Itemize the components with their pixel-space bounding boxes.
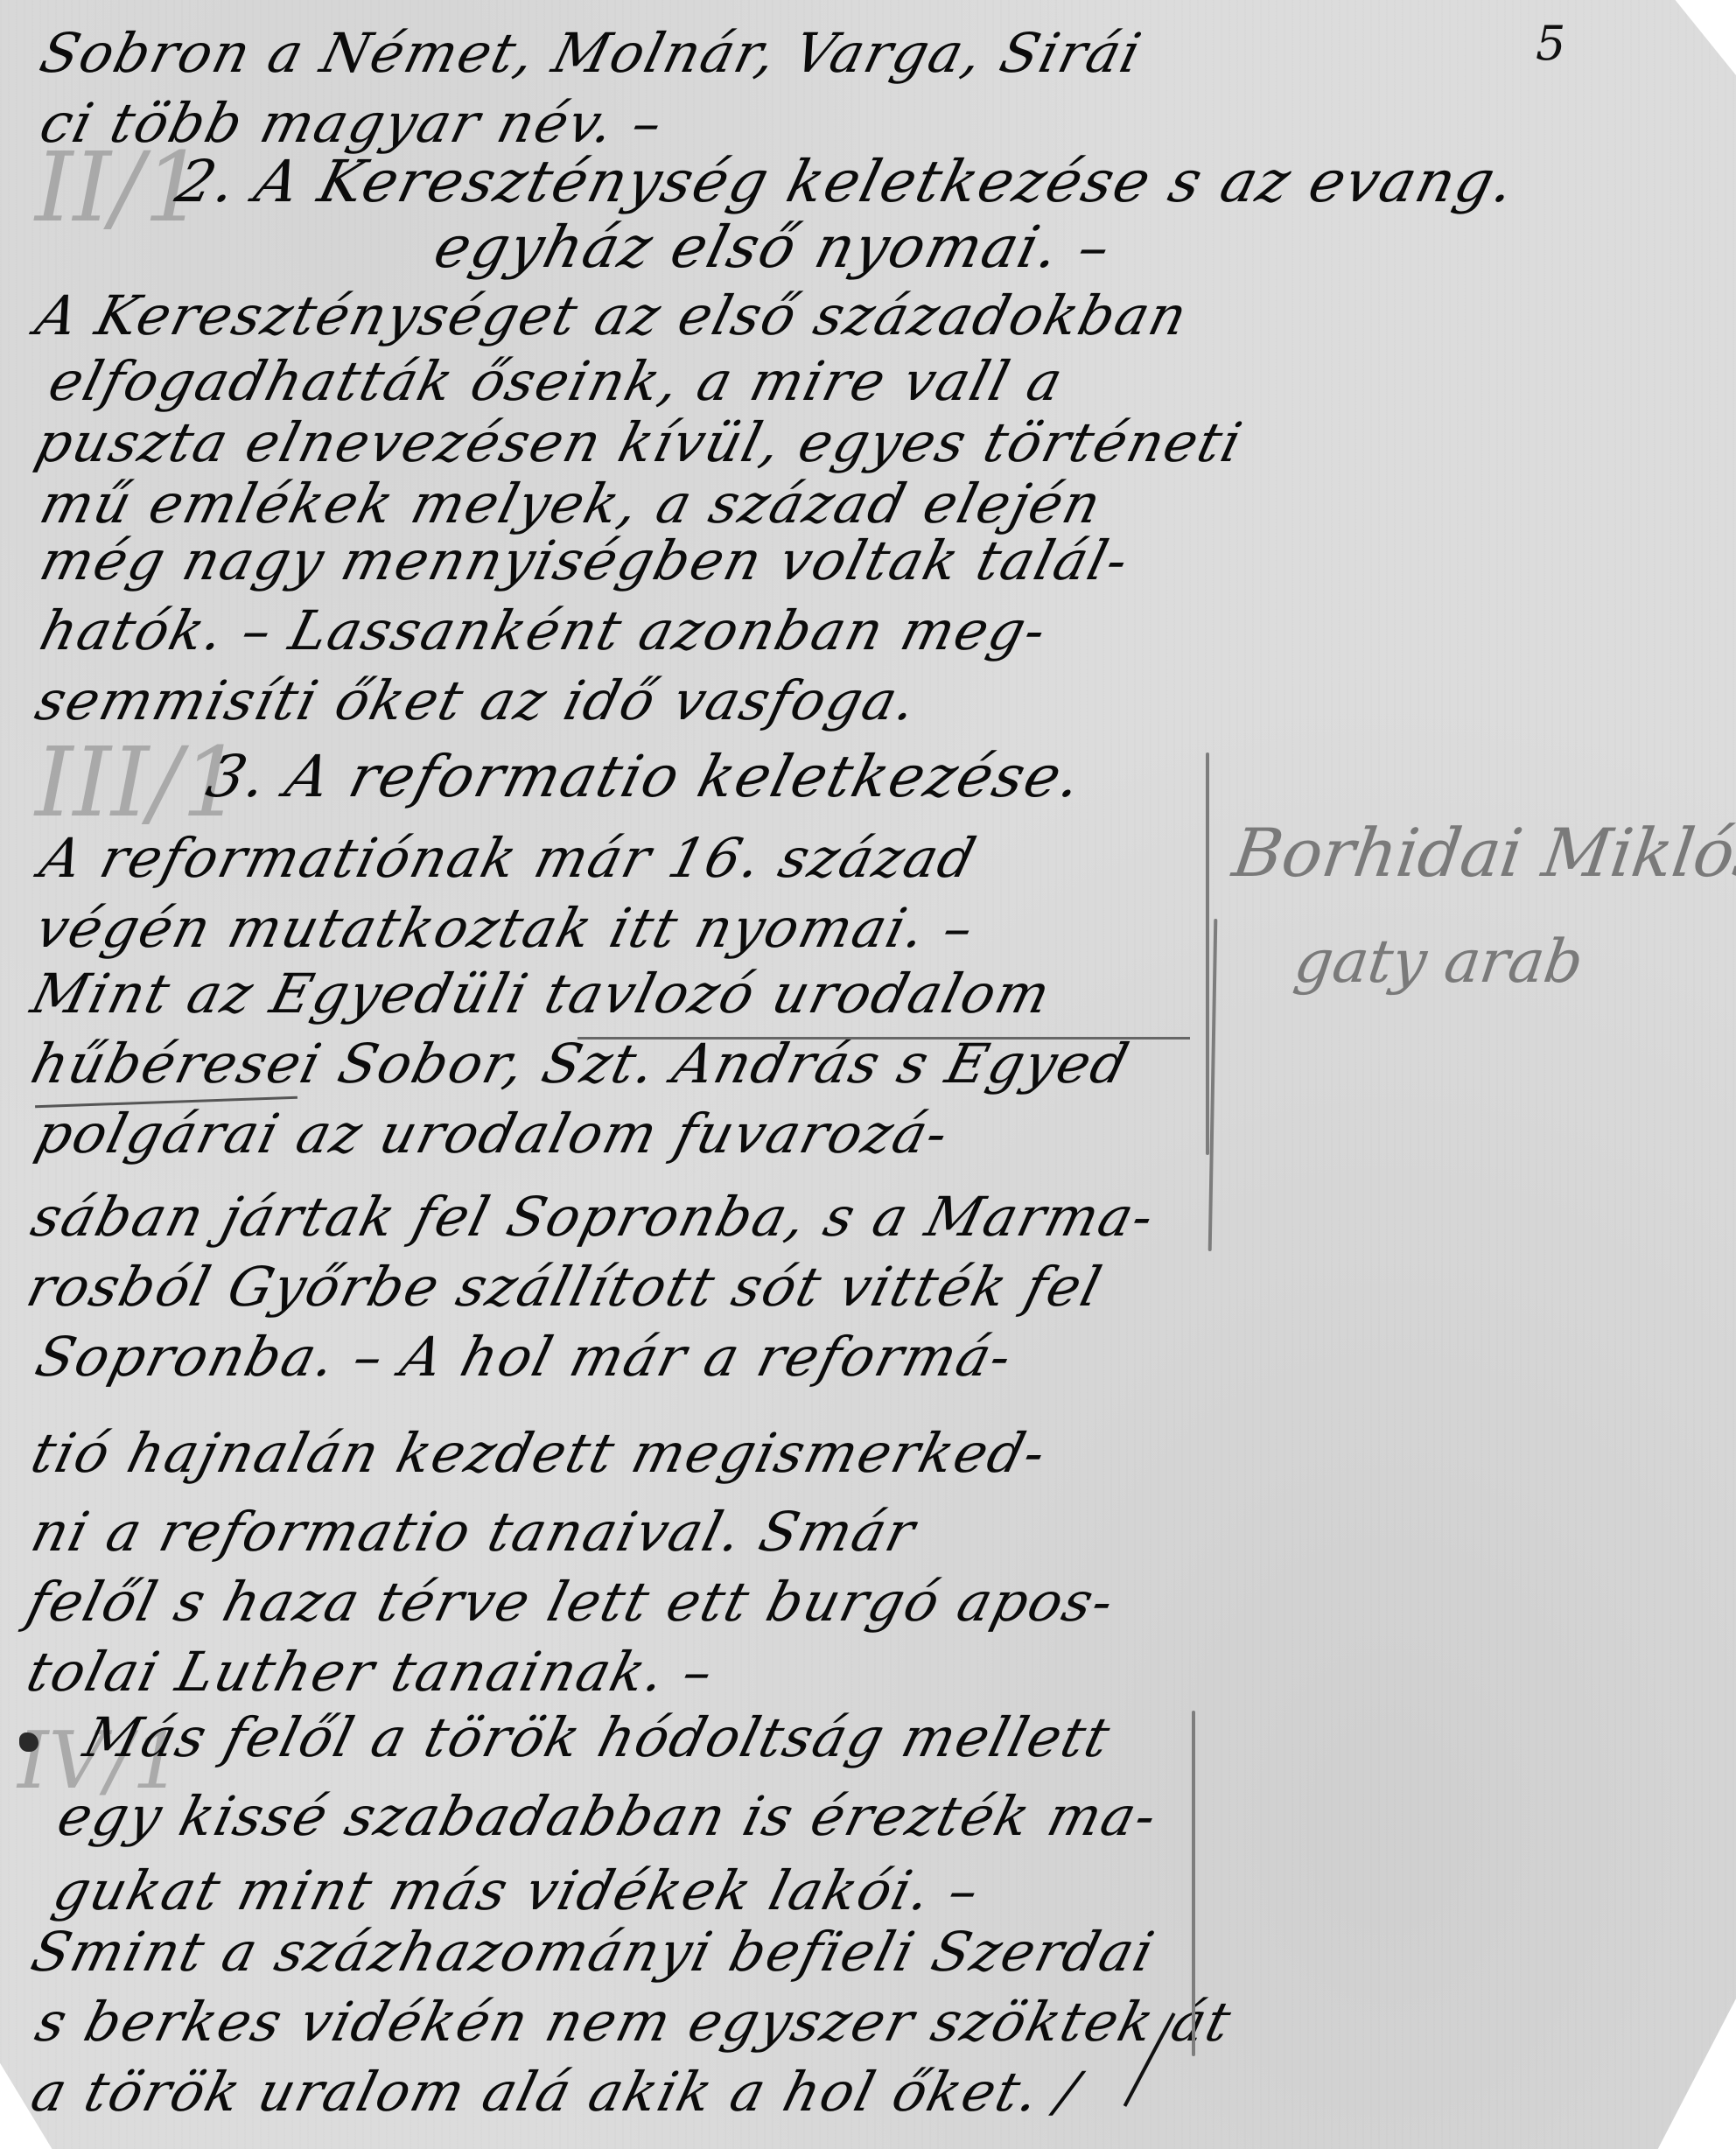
section-heading-2: 2. A Kereszténység keletkezése s az evan… <box>171 153 1522 211</box>
text-line: hatók. – Lassanként azonban meg- <box>35 604 1053 658</box>
ink-blot-bullet <box>19 1732 38 1752</box>
text-line: ci több magyar név. – <box>35 96 669 150</box>
text-line: Más felől a török hódoltság mellett <box>79 1711 1116 1765</box>
text-line: A reformatiónak már 16. század <box>35 831 982 885</box>
text-line: polgárai az urodalom fuvarozá- <box>31 1107 955 1161</box>
page-number: 5 <box>1536 16 1565 71</box>
underline-stroke <box>577 1037 1190 1039</box>
text-line: Smint a százhazományi befieli Szerdai <box>26 1925 1160 1979</box>
manuscript-page: 5 II/1 III/1 IV/1 Sobron a Német, Molnár… <box>0 0 1736 2149</box>
margin-bracket-line <box>1206 752 1209 1155</box>
text-line: tió hajnalán kezdett megismerked- <box>26 1426 1052 1480</box>
text-line: sában jártak fel Sopronba, s a Marma- <box>26 1190 1160 1244</box>
text-line: még nagy mennyiségben voltak talál- <box>35 534 1135 588</box>
text-line: hűbéresei Sobor, Szt. András s Egyed <box>26 1037 1135 1091</box>
text-line: A Kereszténységet az első századokban <box>31 289 1193 343</box>
text-line: puszta elnevezésen kívül, egyes történet… <box>31 416 1249 470</box>
text-line: semmisíti őket az idő vasfoga. <box>31 674 923 728</box>
text-line: s berkes vidékén nem egyszer szöktek át <box>31 1995 1237 2049</box>
text-line: gukat mint más vidékek lakói. – <box>48 1864 985 1918</box>
text-line: felől s haza térve lett ett burgó apos- <box>22 1575 1120 1629</box>
text-line: rosból Győrbe szállított sót vitték fel <box>22 1260 1108 1314</box>
margin-bracket-line <box>1208 919 1218 1251</box>
text-line: tolai Luther tanainak. – <box>22 1645 720 1699</box>
text-line: végén mutatkoztak itt nyomai. – <box>31 901 980 955</box>
text-line: mű emlékek melyek, a század elején <box>35 477 1108 531</box>
text-line: Sobron a Német, Molnár, Varga, Sirái <box>35 26 1147 80</box>
text-line: ni a reformatio tanaival. Smár <box>26 1505 921 1559</box>
text-line: Mint az Egyedüli tavlozó urodalom <box>26 967 1057 1021</box>
text-line: Sopronba. – A hol már a reformá- <box>31 1330 1018 1384</box>
margin-note-name: Borhidai Miklós <box>1228 814 1736 892</box>
text-line: egy kissé szabadabban is érezték ma- <box>52 1789 1163 1844</box>
margin-bracket-line <box>1192 1711 1195 2056</box>
text-line: a török uralom alá akik a hol őket. / <box>26 2065 1085 2119</box>
section-heading-3: 3. A reformatio keletkezése. <box>201 748 1088 806</box>
margin-note-subtitle: gaty arab <box>1290 927 1587 997</box>
text-line: elfogadhatták őseink, a mire vall a <box>44 354 1069 409</box>
section-heading-2-cont: egyház első nyomai. – <box>429 219 1117 276</box>
